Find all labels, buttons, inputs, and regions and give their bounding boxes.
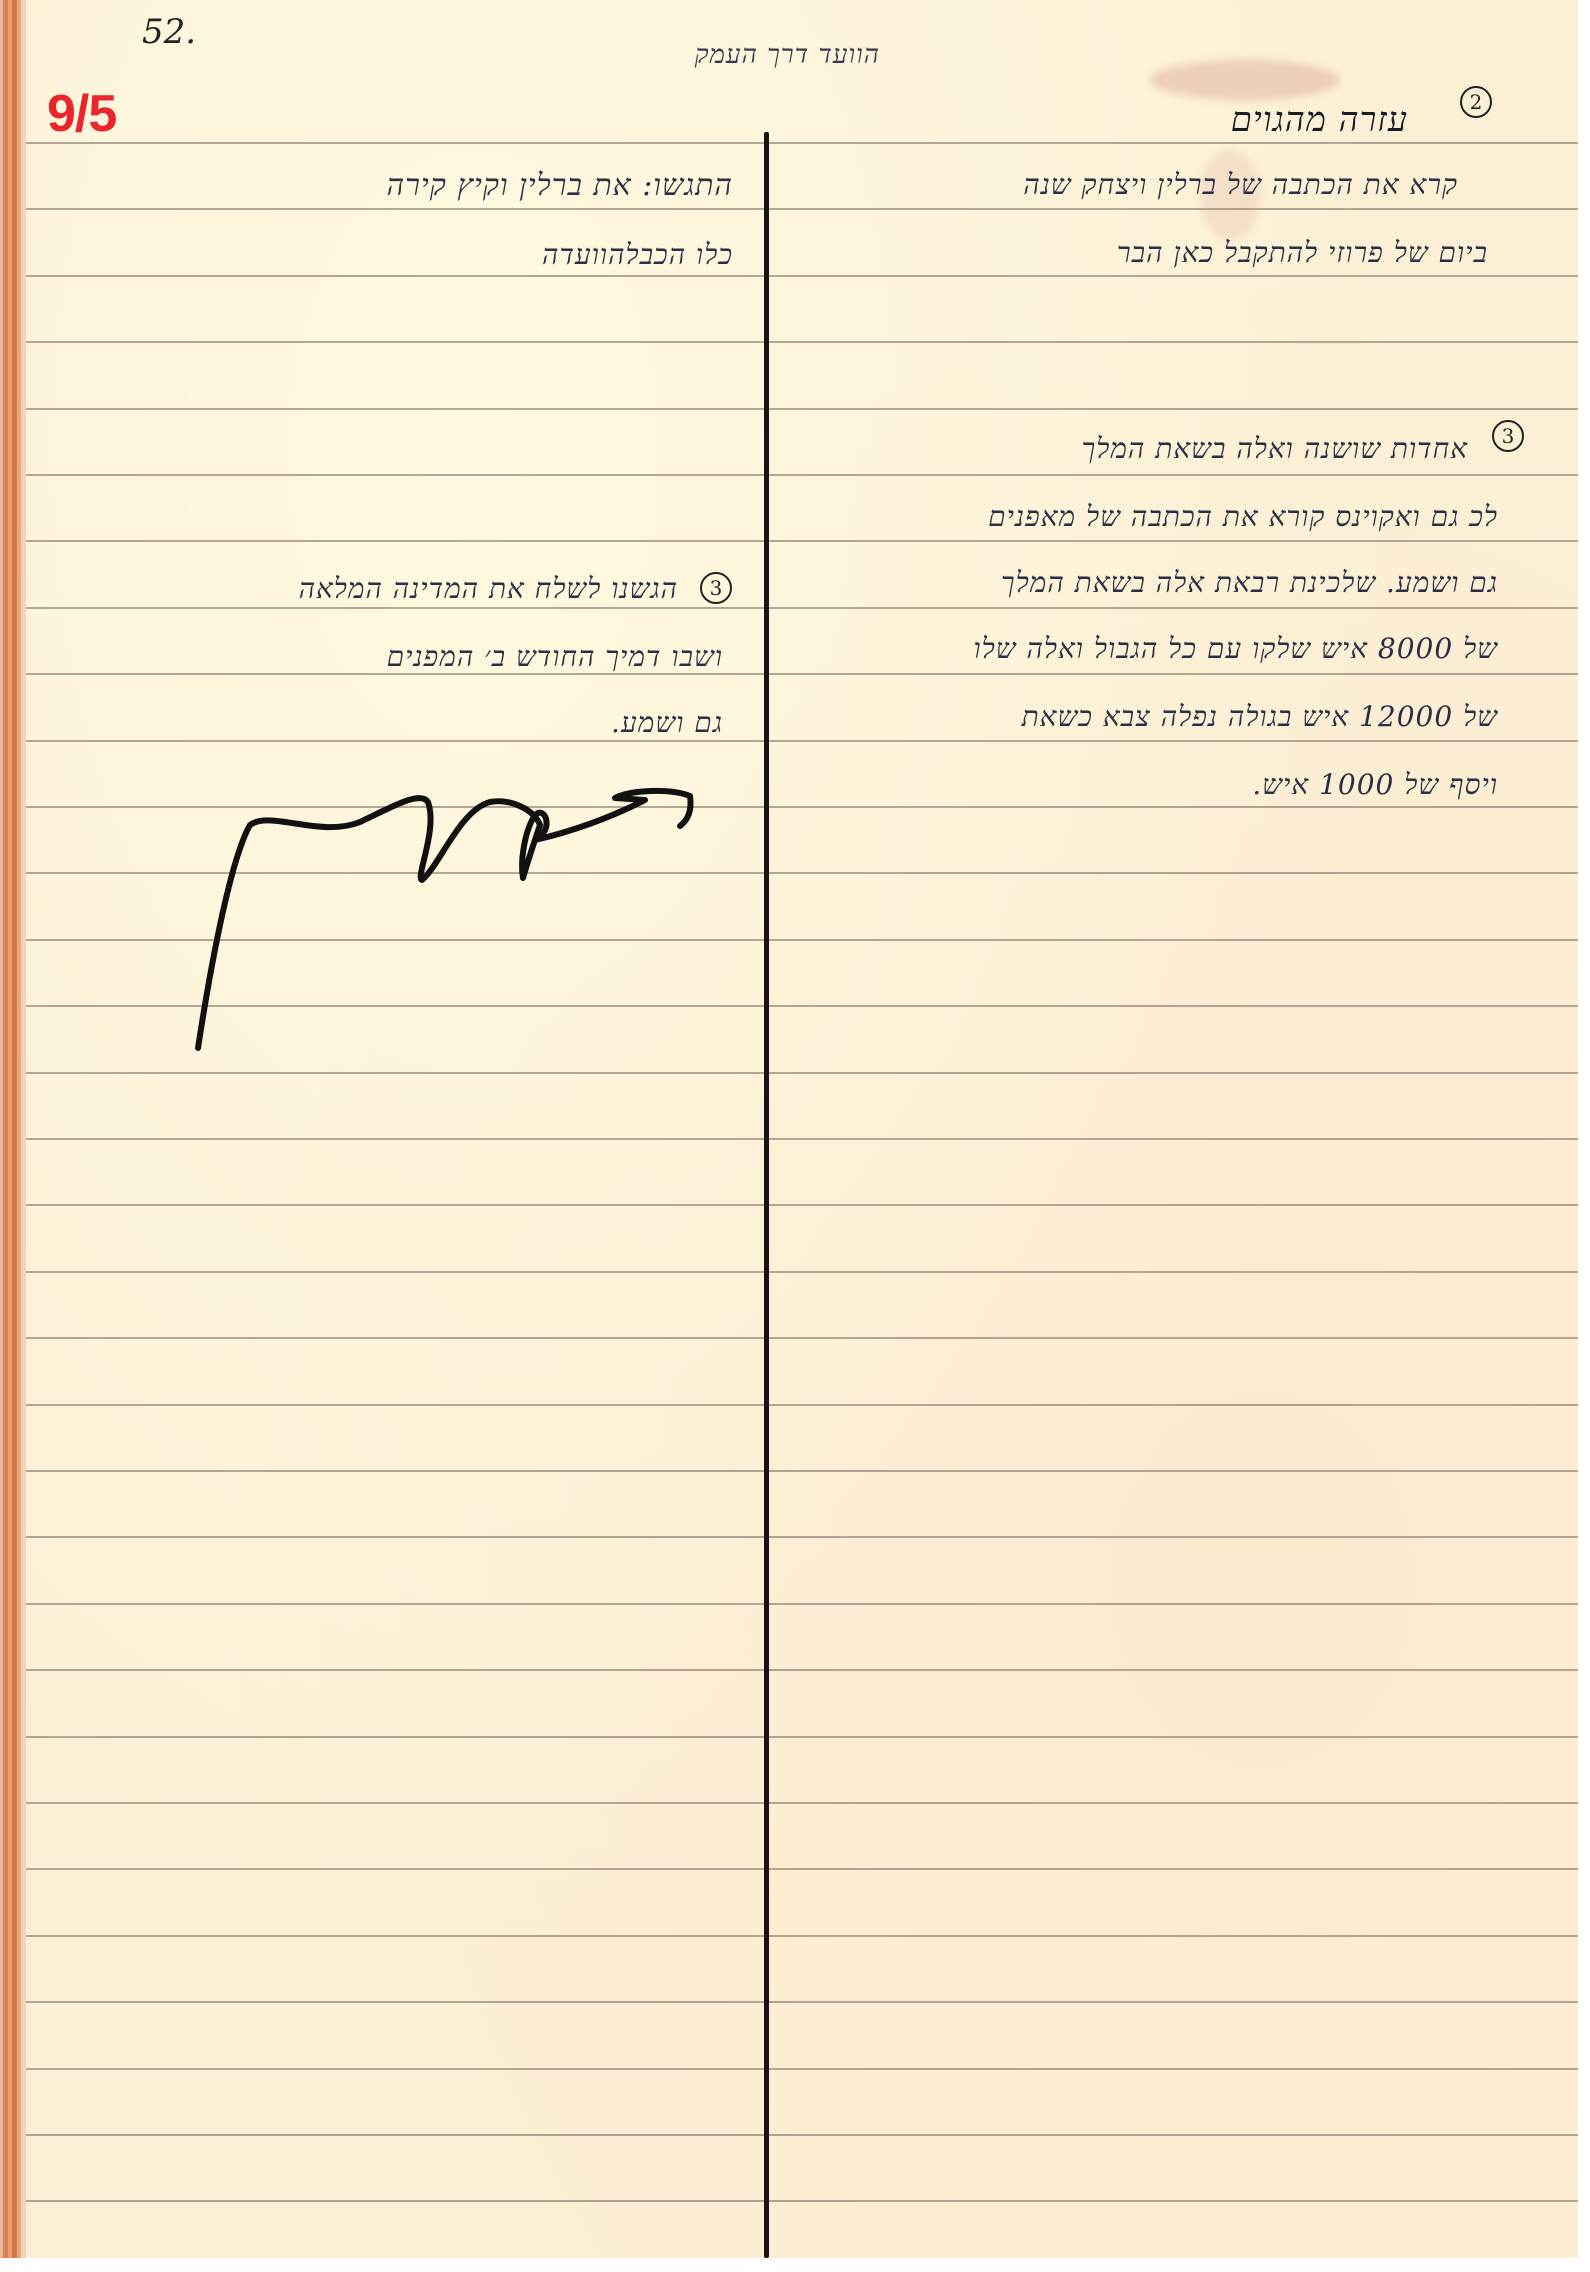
right-item-2-line-1: קרא את הכתבה של ברלין ויצחק שנה <box>1023 168 1458 202</box>
ruled-line <box>26 1669 1578 1671</box>
ruled-line <box>26 208 1578 210</box>
left-item-3-line-1: ושבו דמיך החודש ב׳ המפנים <box>387 640 723 674</box>
handwritten-signature <box>190 770 710 1060</box>
ruled-line <box>26 1470 1578 1472</box>
right-item-3-line-5: ויסף של 1000 איש. <box>1252 768 1498 802</box>
right-item-3-line-3: של 8000 איש שלקו עם כל הגבול ואלה שלו <box>974 632 1499 666</box>
ruled-line <box>26 142 1578 144</box>
column-divider <box>764 132 769 2258</box>
stain <box>1150 60 1340 100</box>
right-item-3-line-1: לכ גם ואקוינס קורא את הכתבה של מאפנים <box>988 500 1498 534</box>
ruled-line <box>26 1868 1578 1870</box>
page-number: 52. <box>142 12 196 52</box>
left-item-line-1: כלו הכבלהוועדה <box>542 238 733 272</box>
page-binding-edge <box>0 0 26 2258</box>
right-item-2-title: עזרה מהגוים <box>1231 100 1408 140</box>
notebook-page: 52. 9/5 הוועד דרך העמק 2 עזרה מהגוים קרא… <box>0 0 1578 2258</box>
ruled-line <box>26 673 1578 675</box>
right-item-3-title: אחדות שושנה ואלה בשאת המלך <box>1081 432 1468 466</box>
ruled-line <box>26 1404 1578 1406</box>
item-number-badge: 2 <box>1460 86 1492 118</box>
ruled-line <box>26 1337 1578 1339</box>
ruled-line <box>26 2068 1578 2070</box>
ruled-line <box>26 2001 1578 2003</box>
item-number-badge: 3 <box>1492 420 1524 452</box>
header-note: הוועד דרך העמק <box>560 40 880 70</box>
ruled-line <box>26 408 1578 410</box>
ruled-line <box>26 2200 1578 2202</box>
ruled-line <box>26 1138 1578 1140</box>
ruled-line <box>26 1204 1578 1206</box>
right-item-2-line-2: ביום של פרוזי להתקבל כאן הבר <box>1117 236 1488 270</box>
left-item-3-line-2: גם ושמע. <box>611 706 723 740</box>
ruled-line <box>26 1603 1578 1605</box>
ruled-line <box>26 1935 1578 1937</box>
ruled-line <box>26 474 1578 476</box>
ruled-line <box>26 1536 1578 1538</box>
right-item-3-line-4: של 12000 איש בגולה נפלה צבא כשאת <box>1022 700 1498 734</box>
ruled-line <box>26 1271 1578 1273</box>
ruled-line <box>26 607 1578 609</box>
ruled-line <box>26 1736 1578 1738</box>
ruled-line <box>26 540 1578 542</box>
red-date-annotation: 9/5 <box>47 84 116 144</box>
item-number-badge: 3 <box>700 572 732 604</box>
ruled-line <box>26 740 1578 742</box>
ruled-line <box>26 341 1578 343</box>
ruled-lines <box>26 0 1578 2258</box>
right-item-3-line-2: גם ושמע. שלכינת רבאת אלה בשאת המלך <box>1001 566 1498 600</box>
ruled-line <box>26 2134 1578 2136</box>
ruled-line <box>26 1802 1578 1804</box>
left-item-title: התגשו: את ברלין וקיץ קירה <box>387 168 733 203</box>
ruled-line <box>26 1072 1578 1074</box>
ruled-line <box>26 275 1578 277</box>
left-item-3-title: הגשנו לשלח את המדינה המלאה <box>299 572 678 606</box>
